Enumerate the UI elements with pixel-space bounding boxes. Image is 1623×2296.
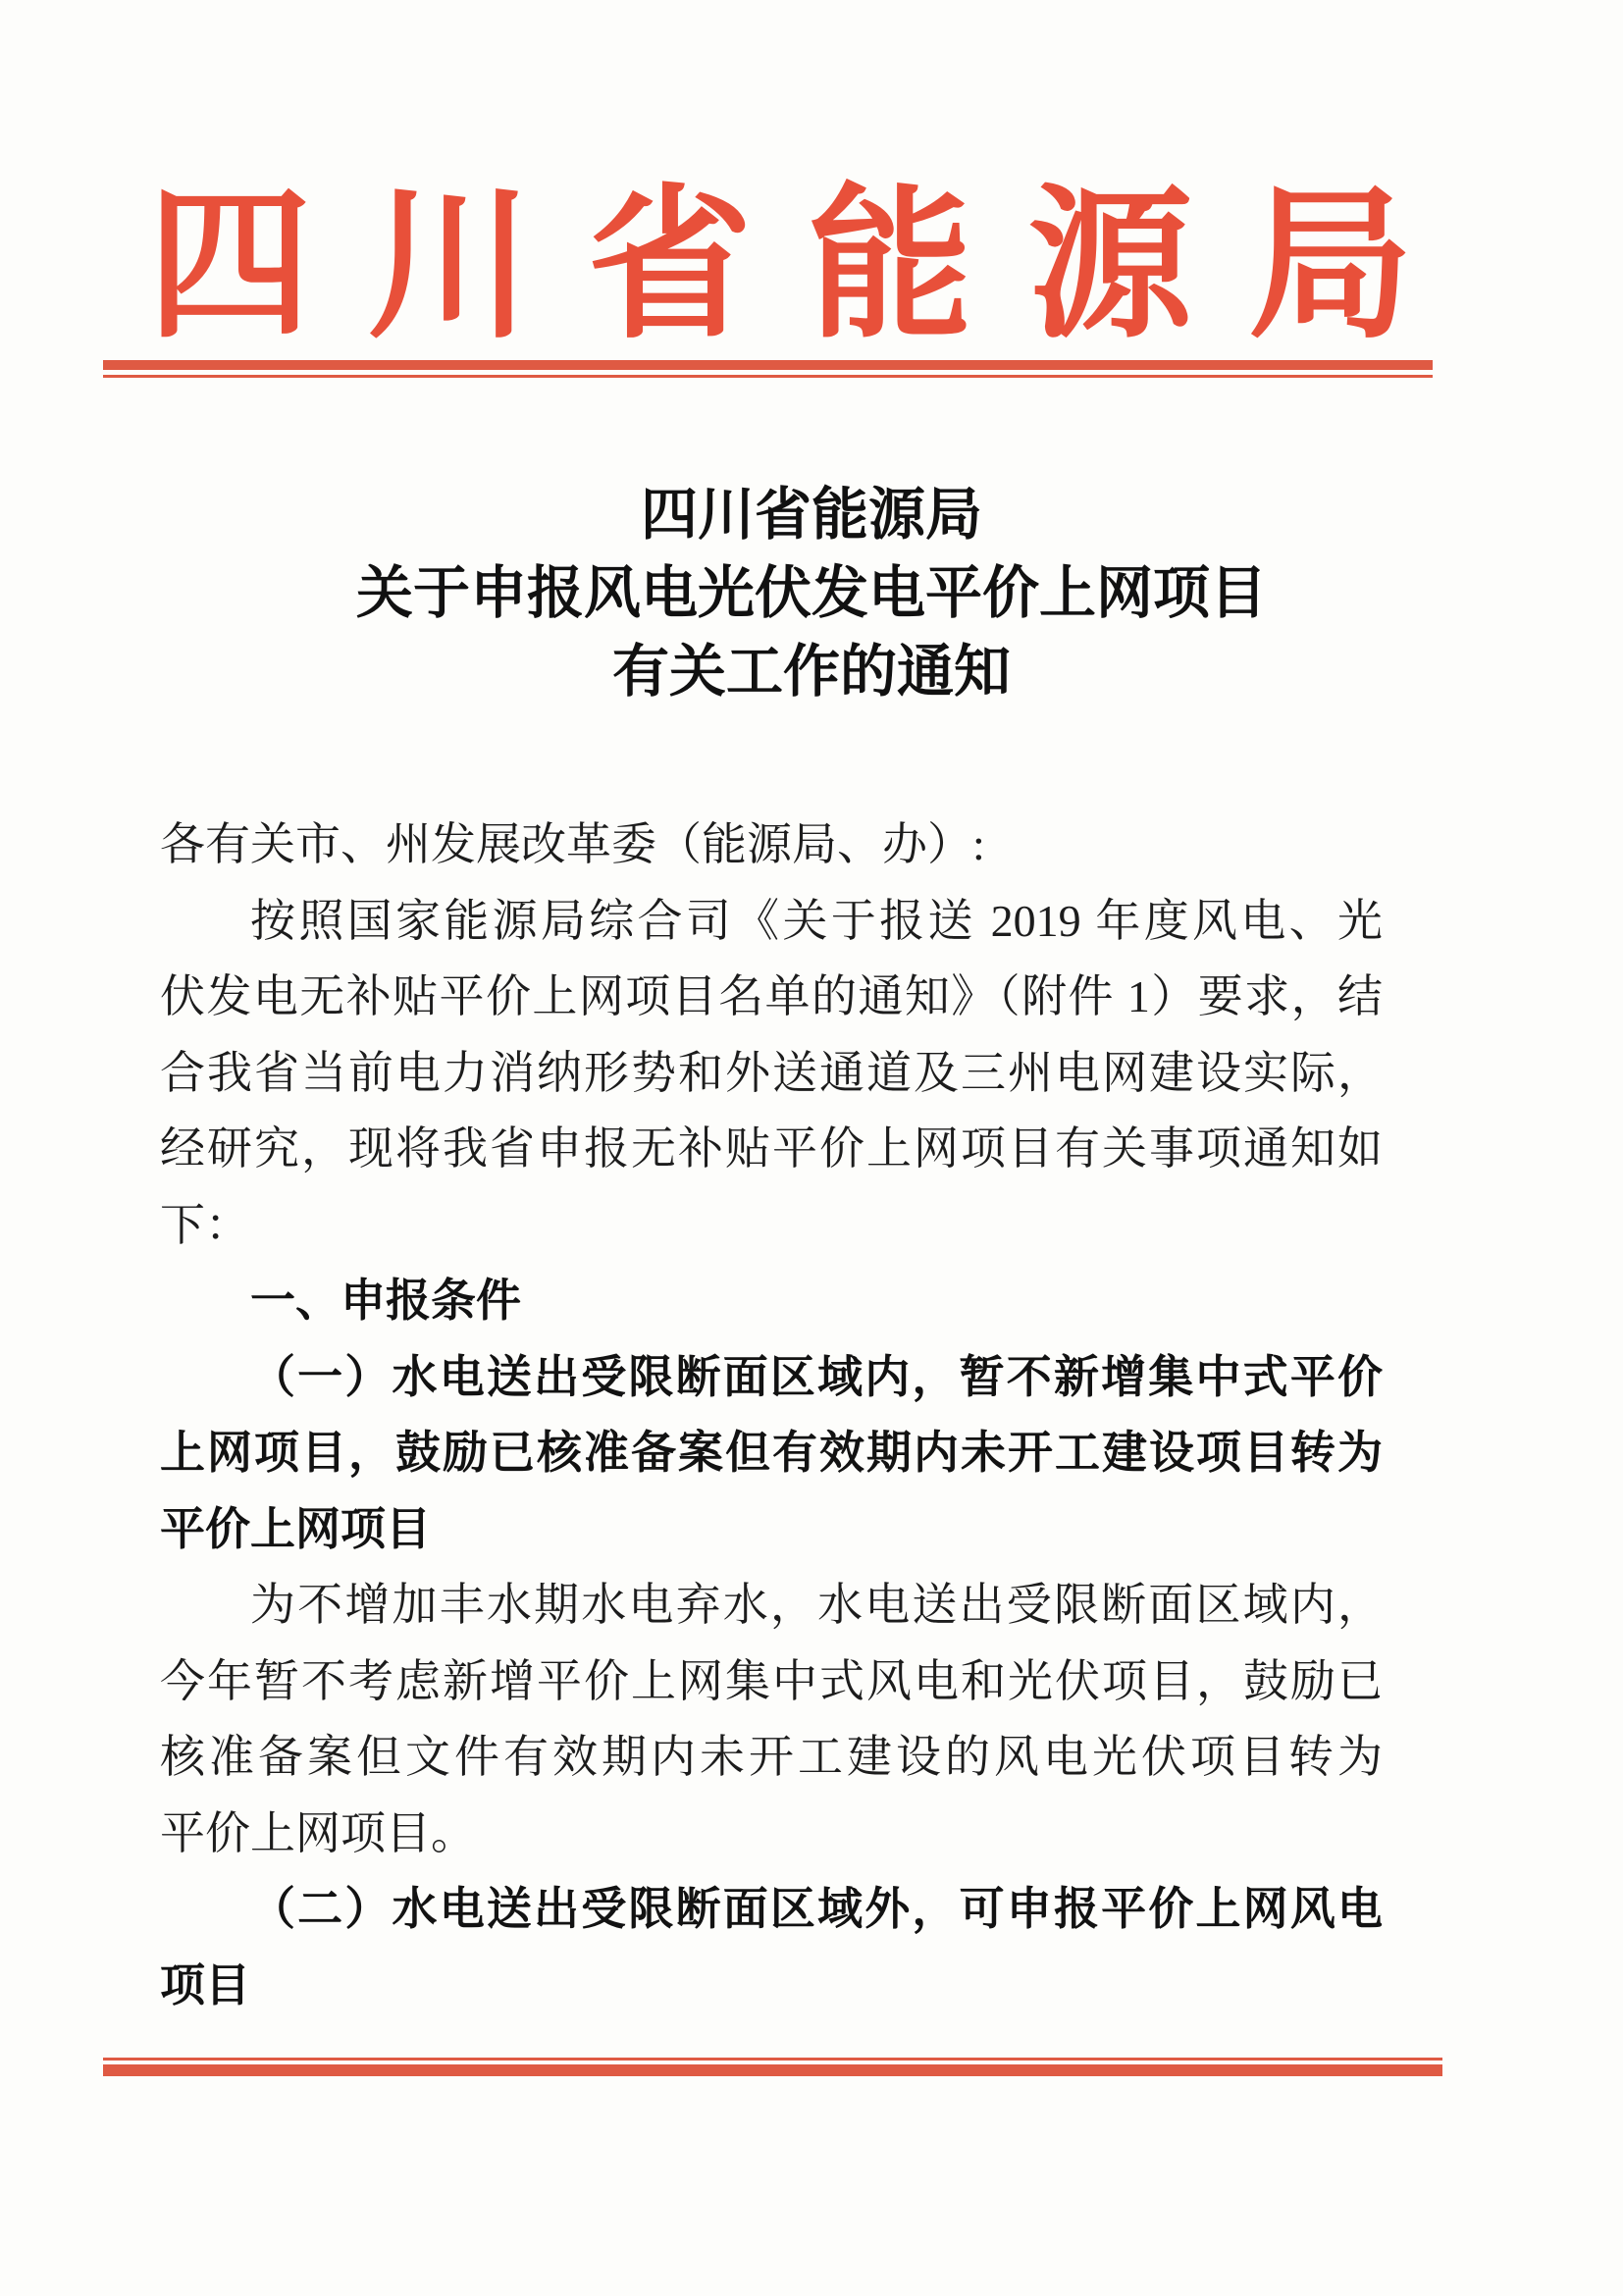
body-line: 伏发电无补贴平价上网项目名单的通知》（附件 1）要求，结 [160, 959, 1383, 1035]
agency-letterhead-char: 源 [1028, 183, 1193, 351]
document-title-line-1: 四川省能源局 [0, 476, 1623, 554]
body-line: 为不增加丰水期水电弃水，水电送出受限断面区域内， [160, 1567, 1383, 1644]
agency-letterhead-char: 局 [1248, 183, 1413, 351]
footer-rule-thin [103, 2058, 1442, 2061]
body-line: （二）水电送出受限断面区域外，可申报平价上网风电 [160, 1871, 1383, 1948]
agency-letterhead: 四川省能源局 [147, 183, 1413, 355]
doc-body: 各有关市、州发展改革委（能源局、办）:按照国家能源局综合司《关于报送 2019 … [160, 807, 1383, 2023]
body-line: 各有关市、州发展改革委（能源局、办）: [160, 807, 1383, 883]
body-line: （一）水电送出受限断面区域内，暂不新增集中式平价 [160, 1339, 1383, 1416]
body-line: 经研究，现将我省申报无补贴平价上网项目有关事项通知如 [160, 1111, 1383, 1187]
document-page: 四川省能源局 四川省能源局 关于申报风电光伏发电平价上网项目 有关工作的通知 各… [0, 0, 1623, 2296]
body-line: 今年暂不考虑新增平价上网集中式风电和光伏项目，鼓励已 [160, 1644, 1383, 1720]
body-line: 下： [160, 1187, 1383, 1264]
agency-letterhead-char: 能 [808, 183, 972, 351]
document-title-line-2: 关于申报风电光伏发电平价上网项目 [0, 554, 1623, 633]
body-line: 按照国家能源局综合司《关于报送 2019 年度风电、光 [160, 883, 1383, 960]
body-line: 平价上网项目。 [160, 1796, 1383, 1872]
agency-letterhead-char: 四 [147, 183, 312, 351]
document-title-line-3: 有关工作的通知 [0, 633, 1623, 711]
body-line: 合我省当前电力消纳形势和外送通道及三州电网建设实际， [160, 1035, 1383, 1112]
agency-letterhead-char: 川 [367, 183, 532, 351]
body-line: 项目 [160, 1948, 1383, 2024]
body-line: 核准备案但文件有效期内未开工建设的风电光伏项目转为 [160, 1719, 1383, 1796]
header-rule-thick [103, 360, 1433, 370]
agency-letterhead-char: 省 [588, 183, 753, 351]
body-line: 一、申报条件 [160, 1263, 1383, 1339]
body-line: 上网项目，鼓励已核准备案但有效期内未开工建设项目转为 [160, 1415, 1383, 1491]
document-title: 四川省能源局 关于申报风电光伏发电平价上网项目 有关工作的通知 [0, 476, 1623, 711]
footer-rule-thick [103, 2064, 1442, 2076]
header-rule-thin [103, 375, 1433, 378]
body-line: 平价上网项目 [160, 1491, 1383, 1568]
